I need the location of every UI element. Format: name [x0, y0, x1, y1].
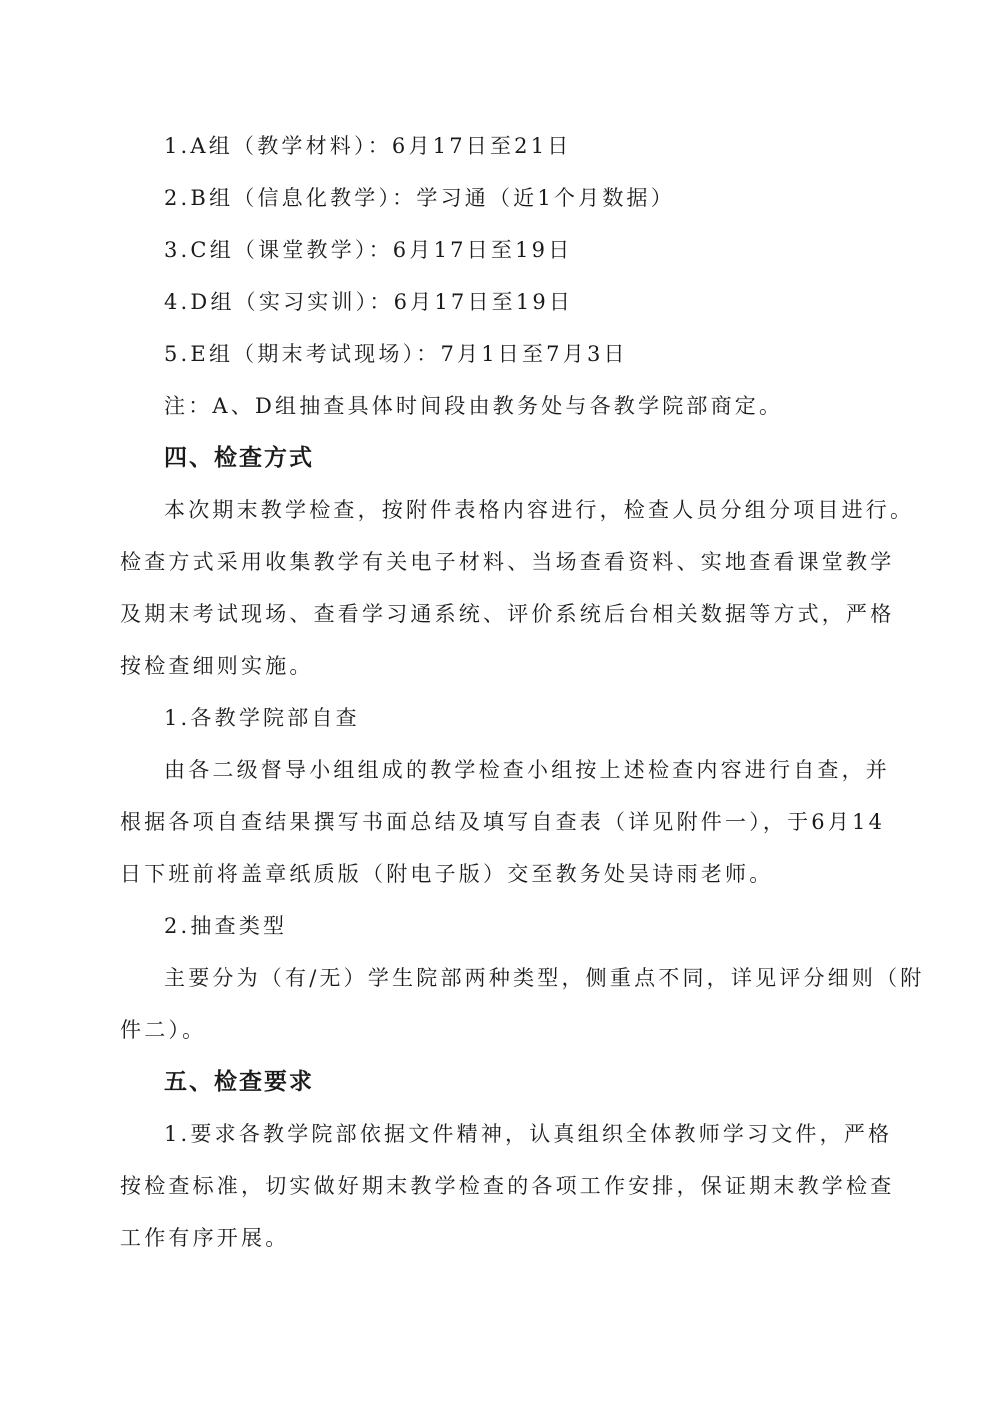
- schedule-item-c: 3.C组（课堂教学）：6月17日至19日: [164, 236, 924, 264]
- section-5-item-line: 工作有序开展。: [120, 1224, 880, 1252]
- item-spot-check-title: 2.抽查类型: [164, 912, 924, 940]
- section-4-intro-line: 按检查细则实施。: [120, 652, 880, 680]
- schedule-item-a: 1.A组（教学材料）：6月17日至21日: [164, 132, 924, 160]
- item-self-check-title: 1.各教学院部自查: [164, 704, 924, 732]
- item-spot-check-line: 主要分为（有/无）学生院部两种类型，侧重点不同，详见评分细则（附: [164, 964, 924, 992]
- section-5-heading: 五、检查要求: [164, 1068, 924, 1096]
- section-5-item-line: 1.要求各教学院部依据文件精神，认真组织全体教师学习文件，严格: [164, 1120, 924, 1148]
- item-spot-check-line: 件二）。: [120, 1016, 880, 1044]
- schedule-item-d: 4.D组（实习实训）：6月17日至19日: [164, 288, 924, 316]
- section-4-heading: 四、检查方式: [164, 444, 924, 472]
- section-4-intro-line: 本次期末教学检查，按附件表格内容进行，检查人员分组分项目进行。: [164, 496, 924, 524]
- schedule-item-b: 2.B组（信息化教学）：学习通（近1个月数据）: [164, 184, 924, 212]
- schedule-item-e: 5.E组（期末考试现场）：7月1日至7月3日: [164, 340, 924, 368]
- document-page: 1.A组（教学材料）：6月17日至21日 2.B组（信息化教学）：学习通（近1个…: [0, 0, 992, 1403]
- section-4-intro-line: 检查方式采用收集教学有关电子材料、当场查看资料、实地查看课堂教学: [120, 548, 872, 576]
- section-5-item-line: 按检查标准，切实做好期末教学检查的各项工作安排，保证期末教学检查: [120, 1172, 872, 1200]
- section-4-intro-line: 及期末考试现场、查看学习通系统、评价系统后台相关数据等方式，严格: [120, 600, 872, 628]
- item-self-check-line: 根据各项自查结果撰写书面总结及填写自查表（详见附件一），于6月14: [120, 808, 872, 836]
- schedule-note: 注：A、D组抽查具体时间段由教务处与各教学院部商定。: [164, 392, 924, 420]
- item-self-check-line: 日下班前将盖章纸质版（附电子版）交至教务处吴诗雨老师。: [120, 860, 880, 888]
- item-self-check-line: 由各二级督导小组组成的教学检查小组按上述检查内容进行自查，并: [164, 756, 924, 784]
